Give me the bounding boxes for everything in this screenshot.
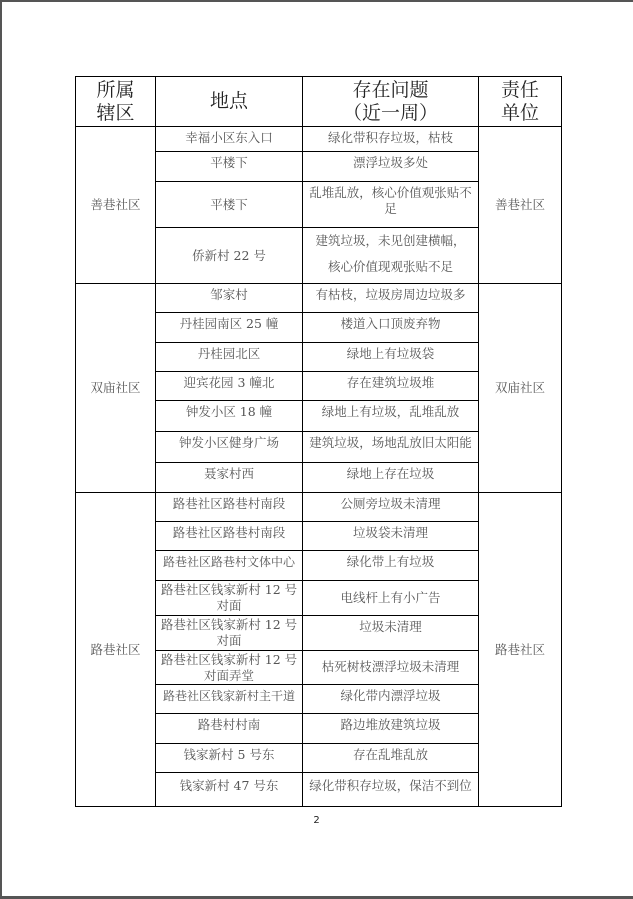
issue-cell: 电线杆上有小广告 (303, 581, 479, 616)
header-district: 所属辖区 (76, 77, 156, 127)
location-cell: 迎宾花园 3 幢北 (156, 372, 303, 401)
issue-cell: 绿化带积存垃圾，保洁不到位 (303, 773, 479, 807)
location-cell: 平楼下 (156, 182, 303, 228)
issue-cell: 绿地上有垃圾袋 (303, 343, 479, 372)
location-cell: 路巷社区钱家新村主干道 (156, 685, 303, 714)
header-row: 所属辖区 地点 存在问题（近一周） 责任单位 (76, 77, 562, 127)
issue-cell: 建筑垃圾，场地乱放旧太阳能 (303, 432, 479, 463)
issue-cell: 垃圾袋未清理 (303, 522, 479, 551)
header-unit: 责任单位 (479, 77, 562, 127)
issue-cell: 存在建筑垃圾堆 (303, 372, 479, 401)
district-cell: 路巷社区 (76, 493, 156, 807)
location-cell: 钱家新村 5 号东 (156, 744, 303, 773)
issue-cell: 绿地上有垃圾，乱堆乱放 (303, 401, 479, 432)
issue-cell: 乱堆乱放，核心价值观张贴不足 (303, 182, 479, 228)
location-cell: 路巷社区路巷村文体中心 (156, 551, 303, 581)
issue-cell: 绿化带内漂浮垃圾 (303, 685, 479, 714)
location-cell: 路巷社区路巷村南段 (156, 522, 303, 551)
issue-cell: 有枯枝，垃圾房周边垃圾多 (303, 284, 479, 313)
location-cell: 路巷社区钱家新村 12 号对面 (156, 581, 303, 616)
table-row: 双庙社区 邹家村 有枯枝，垃圾房周边垃圾多 双庙社区 (76, 284, 562, 313)
issue-cell: 绿化带上有垃圾 (303, 551, 479, 581)
location-cell: 路巷村村南 (156, 714, 303, 744)
issue-cell: 路边堆放建筑垃圾 (303, 714, 479, 744)
location-cell: 丹桂园南区 25 幢 (156, 313, 303, 343)
location-cell: 幸福小区东入口 (156, 127, 303, 152)
location-cell: 路巷社区钱家新村 12 号对面 (156, 616, 303, 651)
location-cell: 丹桂园北区 (156, 343, 303, 372)
location-cell: 邹家村 (156, 284, 303, 313)
location-cell: 侨新村 22 号 (156, 228, 303, 284)
issue-cell: 绿地上存在垃圾 (303, 463, 479, 493)
location-cell: 钟发小区 18 幢 (156, 401, 303, 432)
location-cell: 路巷社区路巷村南段 (156, 493, 303, 522)
location-cell: 聂家村西 (156, 463, 303, 493)
location-cell: 钟发小区健身广场 (156, 432, 303, 463)
unit-cell: 善巷社区 (479, 127, 562, 284)
issue-cell: 公厕旁垃圾未清理 (303, 493, 479, 522)
issue-cell: 存在乱堆乱放 (303, 744, 479, 773)
header-location: 地点 (156, 77, 303, 127)
district-cell: 善巷社区 (76, 127, 156, 284)
issue-cell: 漂浮垃圾多处 (303, 152, 479, 182)
location-cell: 钱家新村 47 号东 (156, 773, 303, 807)
table-row: 善巷社区 幸福小区东入口 绿化带积存垃圾，枯枝 善巷社区 (76, 127, 562, 152)
issue-cell: 枯死树枝漂浮垃圾未清理 (303, 651, 479, 685)
location-cell: 路巷社区钱家新村 12 号对面弄堂 (156, 651, 303, 685)
issue-cell: 垃圾未清理 (303, 616, 479, 651)
issue-cell: 楼道入口顶废弃物 (303, 313, 479, 343)
district-cell: 双庙社区 (76, 284, 156, 493)
issue-cell: 建筑垃圾，未见创建横幅，核心价值现观张贴不足 (303, 228, 479, 284)
unit-cell: 双庙社区 (479, 284, 562, 493)
issue-cell: 绿化带积存垃圾，枯枝 (303, 127, 479, 152)
location-cell: 平楼下 (156, 152, 303, 182)
header-issue: 存在问题（近一周） (303, 77, 479, 127)
unit-cell: 路巷社区 (479, 493, 562, 807)
page-number: 2 (0, 815, 633, 826)
table-row: 路巷社区 路巷社区路巷村南段 公厕旁垃圾未清理 路巷社区 (76, 493, 562, 522)
inspection-table: 所属辖区 地点 存在问题（近一周） 责任单位 善巷社区 幸福小区东入口 绿化带积… (75, 76, 562, 807)
